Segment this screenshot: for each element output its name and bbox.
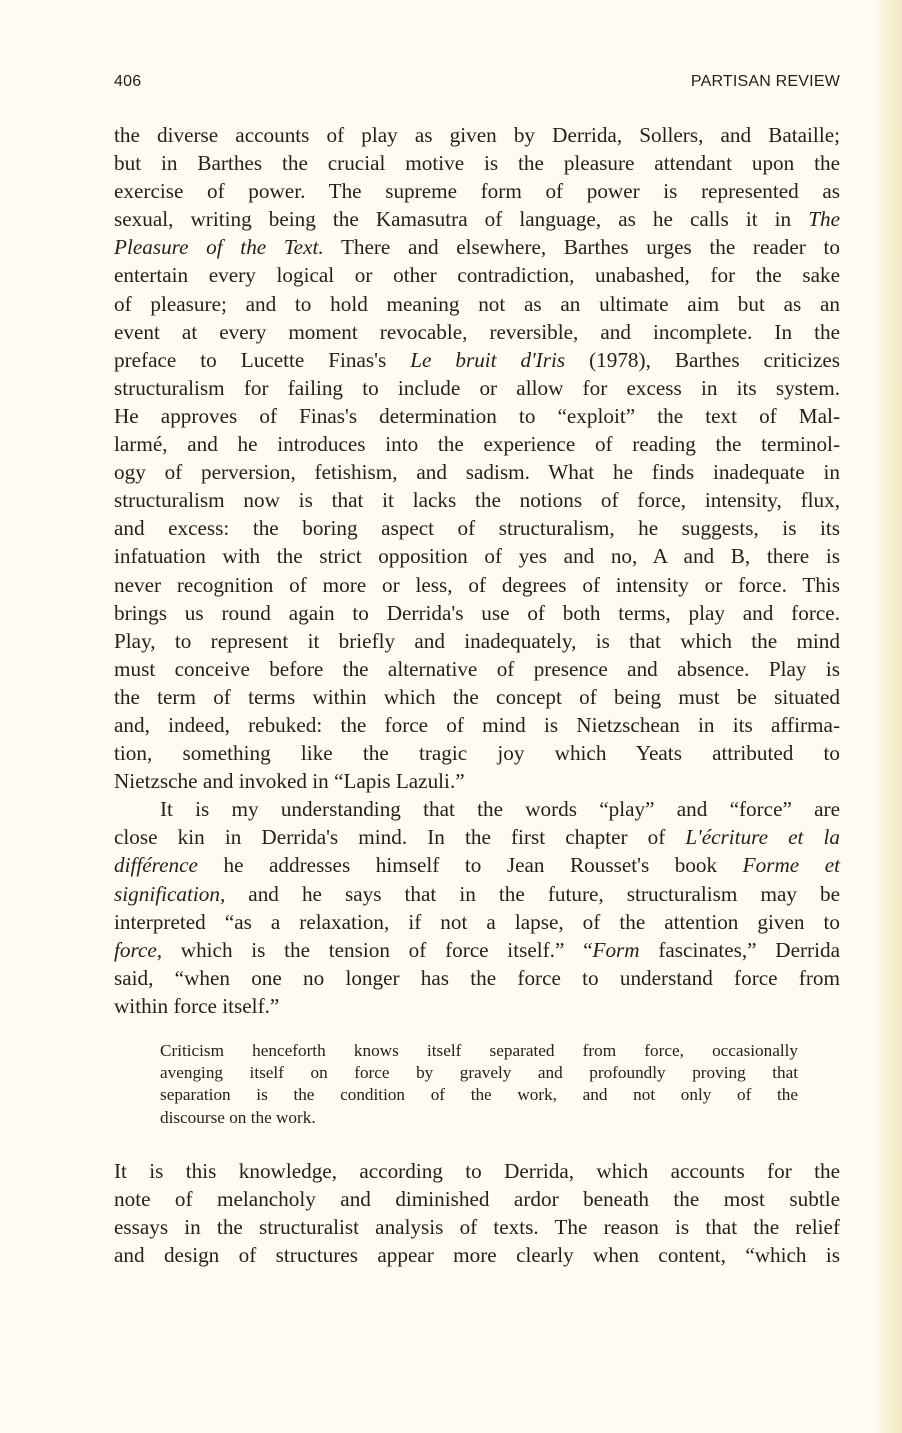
text-line: larmé, and he introduces into the experi… xyxy=(114,430,840,458)
text-line: essays in the structuralist analysis of … xyxy=(114,1213,840,1241)
italic-emphasis: Form xyxy=(593,938,640,962)
text-line: différence he addresses himself to Jean … xyxy=(114,851,840,879)
text-line: ogy of perversion, fetishism, and sadism… xyxy=(114,458,840,486)
text-line: preface to Lucette Finas's Le bruit d'Ir… xyxy=(114,346,840,374)
journal-title: PARTISAN REVIEW xyxy=(691,73,840,91)
text-line: note of melancholy and diminished ardor … xyxy=(114,1185,840,1213)
text-line: never recognition of more or less, of de… xyxy=(114,571,840,599)
text-line: It is this knowledge, according to Derri… xyxy=(114,1157,840,1185)
text-line: tion, something like the tragic joy whic… xyxy=(114,739,840,767)
text-line: within force itself.” xyxy=(114,992,840,1020)
text-line: Pleasure of the Text. There and elsewher… xyxy=(114,233,840,261)
text-line: interpreted “as a relaxation, if not a l… xyxy=(114,908,840,936)
text-line: structuralism now is that it lacks the n… xyxy=(114,486,840,514)
text-line: the term of terms within which the conce… xyxy=(114,683,840,711)
text-line: said, “when one no longer has the force … xyxy=(114,964,840,992)
page-edge-shadow xyxy=(872,0,902,1433)
paragraph-3: It is this knowledge, according to Derri… xyxy=(114,1157,840,1269)
text-line: exercise of power. The supreme form of p… xyxy=(114,177,840,205)
quote-line: discourse on the work. xyxy=(160,1107,798,1129)
page-number: 406 xyxy=(114,73,141,91)
text-line: Nietzsche and invoked in “Lapis Lazuli.” xyxy=(114,767,840,795)
text-line: Play, to represent it briefly and inadeq… xyxy=(114,627,840,655)
text-line: and excess: the boring aspect of structu… xyxy=(114,514,840,542)
text-line: close kin in Derrida's mind. In the firs… xyxy=(114,823,840,851)
block-quote: Criticism henceforth knows itself separa… xyxy=(160,1040,798,1129)
quote-line: avenging itself on force by gravely and … xyxy=(160,1062,798,1084)
text-line: event at every moment revocable, reversi… xyxy=(114,318,840,346)
paragraph-1: the diverse accounts of play as given by… xyxy=(114,121,840,795)
text-line: sexual, writing being the Kamasutra of l… xyxy=(114,205,840,233)
italic-title: différence xyxy=(114,853,198,877)
quote-line: Criticism henceforth knows itself separa… xyxy=(160,1040,798,1062)
text-line: and, indeed, rebuked: the force of mind … xyxy=(114,711,840,739)
text-line: infatuation with the strict opposition o… xyxy=(114,542,840,570)
text-line: and design of structures appear more cle… xyxy=(114,1241,840,1269)
text-line: entertain every logical or other contrad… xyxy=(114,261,840,289)
text-line: force, which is the tension of force its… xyxy=(114,936,840,964)
italic-emphasis: force, xyxy=(114,938,162,962)
italic-title: The xyxy=(808,207,840,231)
text-line: but in Barthes the crucial motive is the… xyxy=(114,149,840,177)
quote-line: separation is the condition of the work,… xyxy=(160,1084,798,1106)
text-line: brings us round again to Derrida's use o… xyxy=(114,599,840,627)
text-line: of pleasure; and to hold meaning not as … xyxy=(114,290,840,318)
text-line: signification, and he says that in the f… xyxy=(114,880,840,908)
paragraph-2: It is my understanding that the words “p… xyxy=(114,795,840,1020)
text-line: must conceive before the alternative of … xyxy=(114,655,840,683)
italic-title: Pleasure of the Text. xyxy=(114,235,324,259)
text-line: the diverse accounts of play as given by… xyxy=(114,121,840,149)
italic-title: signification, xyxy=(114,882,225,906)
text-line: He approves of Finas's determination to … xyxy=(114,402,840,430)
italic-title: L'écriture et la xyxy=(685,825,840,849)
body-text: the diverse accounts of play as given by… xyxy=(114,121,840,1020)
italic-title: Forme et xyxy=(743,853,840,877)
italic-title: Le bruit d'Iris xyxy=(410,348,565,372)
running-head: 406 PARTISAN REVIEW xyxy=(114,73,840,91)
text-line: It is my understanding that the words “p… xyxy=(114,795,840,823)
text-line: structuralism for failing to include or … xyxy=(114,374,840,402)
